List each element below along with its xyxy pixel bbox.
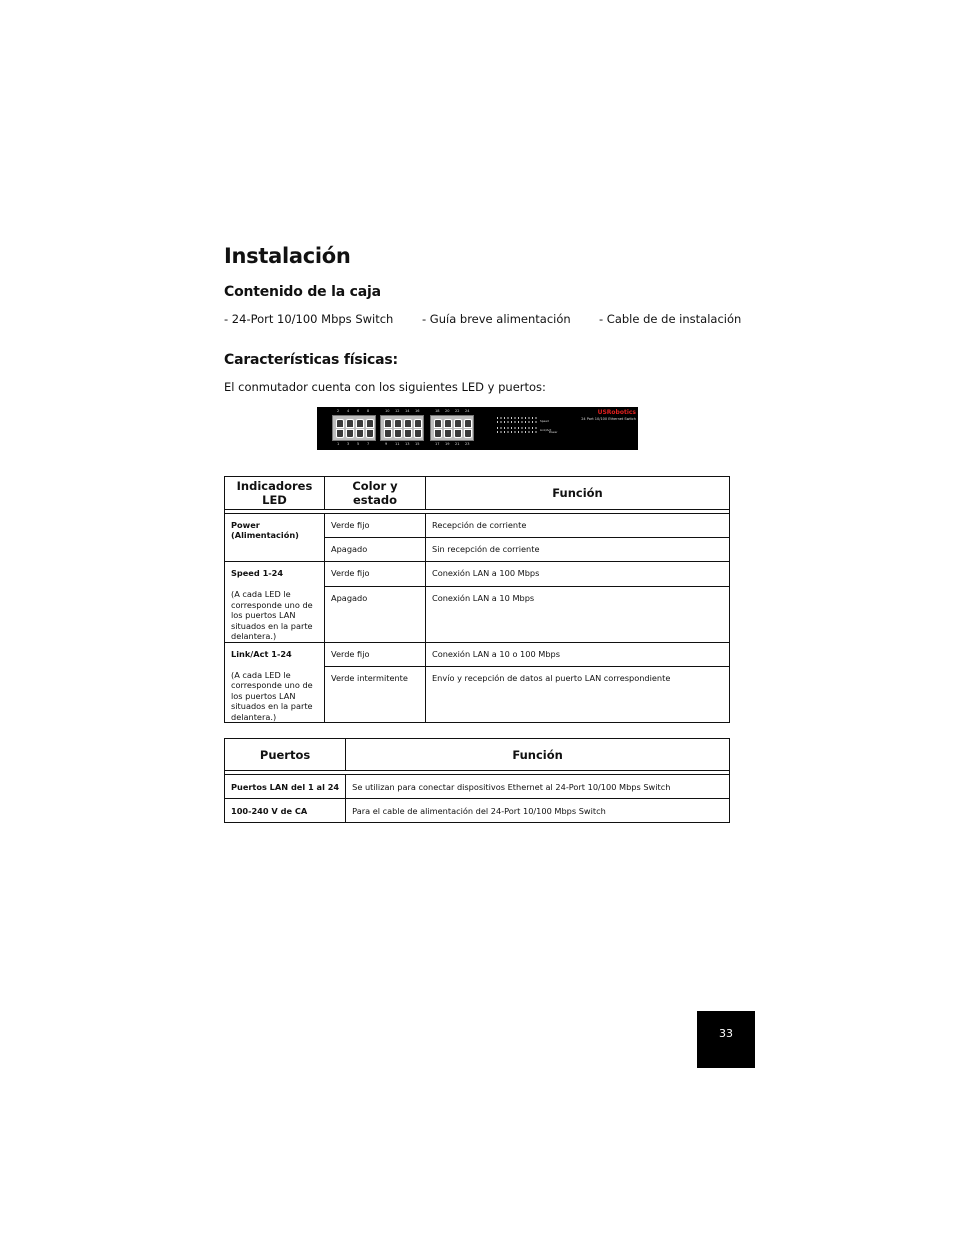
led-row-speed-bottom: [497, 421, 539, 423]
model-label: 24 Port 10/100 Ethernet Switch: [581, 417, 636, 421]
header-led-indicators: Indicadores LED: [225, 477, 325, 510]
port-function: Se utilizan para conectar dispositivos E…: [346, 775, 730, 799]
table-row: Puertos LAN del 1 al 24Se utilizan para …: [225, 775, 730, 799]
port-number: 7: [367, 442, 369, 446]
ethernet-port: [366, 429, 374, 438]
ethernet-port: [384, 419, 392, 428]
page-title: Instalación: [224, 244, 351, 268]
contents-heading: Contenido de la caja: [224, 284, 381, 300]
header-color-state: Color y estado: [325, 477, 426, 510]
led-state: Verde fijo: [325, 642, 426, 667]
ethernet-port: [444, 419, 452, 428]
ethernet-port: [356, 429, 364, 438]
indicator-note: (A cada LED le corresponde uno de los pu…: [231, 670, 318, 723]
port-number: 21: [455, 442, 459, 446]
port-number: 3: [347, 442, 349, 446]
table-row: Link/Act 1-24(A cada LED le corresponde …: [225, 642, 730, 667]
page-number: 33: [697, 1011, 755, 1068]
port-block: [430, 415, 474, 441]
ethernet-port: [394, 429, 402, 438]
brand-logo: USRobotics: [598, 409, 636, 416]
led-indicator-name: Power (Alimentación): [225, 514, 325, 562]
port-number: 23: [465, 442, 469, 446]
led-state: Verde intermitente: [325, 667, 426, 723]
port-number: 12: [395, 409, 399, 413]
indicator-label: Speed 1-24: [231, 568, 283, 578]
led-row-speed-top: [497, 417, 539, 419]
port-function: Para el cable de alimentación del 24-Por…: [346, 799, 730, 823]
ethernet-port: [394, 419, 402, 428]
led-function: Conexión LAN a 10 Mbps: [426, 586, 730, 642]
ethernet-port: [444, 429, 452, 438]
switch-front-panel-image: USRobotics 24 Port 10/100 Ethernet Switc…: [317, 407, 638, 450]
led-function: Recepción de corriente: [426, 514, 730, 538]
ethernet-port: [464, 419, 472, 428]
port-number: 20: [445, 409, 449, 413]
port-name: Puertos LAN del 1 al 24: [225, 775, 346, 799]
ethernet-port: [336, 429, 344, 438]
port-number: 17: [435, 442, 439, 446]
ethernet-port: [454, 429, 462, 438]
header-ports: Puertos: [225, 739, 346, 771]
led-state: Verde fijo: [325, 562, 426, 587]
physical-heading: Características físicas:: [224, 352, 398, 368]
ethernet-port: [336, 419, 344, 428]
port-number: 18: [435, 409, 439, 413]
port-number: 16: [415, 409, 419, 413]
contents-item-switch: - 24-Port 10/100 Mbps Switch: [224, 312, 393, 326]
port-number: 13: [405, 442, 409, 446]
port-number: 11: [395, 442, 399, 446]
led-function: Conexión LAN a 10 o 100 Mbps: [426, 642, 730, 667]
ethernet-port: [434, 419, 442, 428]
header-function: Función: [426, 477, 730, 510]
ethernet-port: [346, 419, 354, 428]
ethernet-port: [434, 429, 442, 438]
contents-item-cable: - Cable de de instalación: [599, 312, 741, 326]
led-row-link-bottom: [497, 431, 539, 433]
port-number: 19: [445, 442, 449, 446]
indicator-label: Link/Act 1-24: [231, 649, 292, 659]
led-label-speed: Speed: [540, 419, 549, 423]
ethernet-port: [384, 429, 392, 438]
led-row-link-top: [497, 427, 539, 429]
port-number: 6: [357, 409, 359, 413]
port-number: 24: [465, 409, 469, 413]
ethernet-port: [414, 429, 422, 438]
ethernet-port: [414, 419, 422, 428]
ethernet-port: [356, 419, 364, 428]
port-number: 22: [455, 409, 459, 413]
port-number: 1: [337, 442, 339, 446]
led-label-power: Power: [549, 430, 557, 434]
port-name: 100-240 V de CA: [225, 799, 346, 823]
physical-intro: El conmutador cuenta con los siguientes …: [224, 380, 546, 394]
header-ports-function: Función: [346, 739, 730, 771]
table-row: 100-240 V de CAPara el cable de alimenta…: [225, 799, 730, 823]
port-number: 8: [367, 409, 369, 413]
ethernet-port: [404, 429, 412, 438]
port-number: 9: [385, 442, 387, 446]
ethernet-port: [454, 419, 462, 428]
contents-item-guide: - Guía breve alimentación: [422, 312, 571, 326]
ports-table: Puertos Función Puertos LAN del 1 al 24S…: [224, 738, 730, 823]
port-number: 4: [347, 409, 349, 413]
port-number: 14: [405, 409, 409, 413]
led-indicators-table: Indicadores LED Color y estado Función P…: [224, 476, 730, 723]
led-indicator-name: Link/Act 1-24(A cada LED le corresponde …: [225, 642, 325, 723]
port-number: 2: [337, 409, 339, 413]
indicator-label: Power (Alimentación): [231, 520, 299, 540]
led-state: Apagado: [325, 586, 426, 642]
port-number: 5: [357, 442, 359, 446]
led-function: Envío y recepción de datos al puerto LAN…: [426, 667, 730, 723]
table-row: Speed 1-24(A cada LED le corresponde uno…: [225, 562, 730, 587]
ethernet-port: [346, 429, 354, 438]
table-row: Power (Alimentación)Verde fijoRecepción …: [225, 514, 730, 538]
port-block: [332, 415, 376, 441]
led-function: Sin recepción de corriente: [426, 538, 730, 562]
led-state: Verde fijo: [325, 514, 426, 538]
indicator-note: (A cada LED le corresponde uno de los pu…: [231, 589, 318, 642]
led-state: Apagado: [325, 538, 426, 562]
ethernet-port: [366, 419, 374, 428]
port-block: [380, 415, 424, 441]
port-number: 10: [385, 409, 389, 413]
port-number: 15: [415, 442, 419, 446]
ethernet-port: [404, 419, 412, 428]
ethernet-port: [464, 429, 472, 438]
led-function: Conexión LAN a 100 Mbps: [426, 562, 730, 587]
led-indicator-name: Speed 1-24(A cada LED le corresponde uno…: [225, 562, 325, 643]
